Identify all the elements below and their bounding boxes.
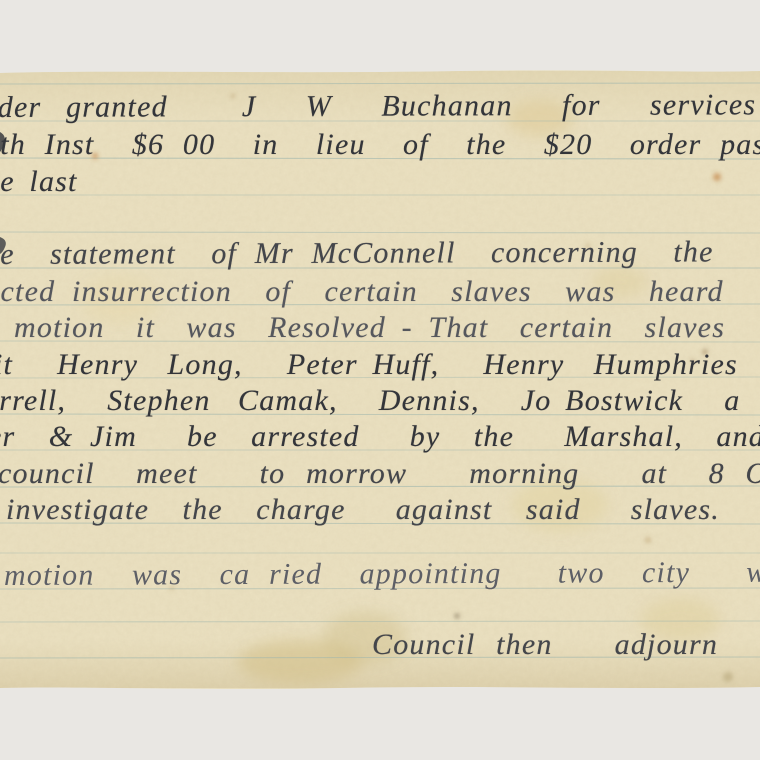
handwritten-line: it Henry Long, Peter Huff, Henry Humphri… (0, 347, 738, 383)
handwritten-line: Council then adjourn (372, 627, 718, 663)
handwritten-line: er & Jim be arrested by the Marshal, and (0, 419, 760, 455)
handwritten-line: rder granted J W Buchanan for services r… (0, 87, 760, 126)
handwritten-line: motion it was Resolved - That certain sl… (14, 310, 725, 346)
handwritten-line: motion was ca ried appointing two city w… (4, 555, 760, 594)
handwritten-line: 5th Inst $6 00 in lieu of the $20 order … (0, 127, 760, 163)
handwriting-layer: rder granted J W Buchanan for services r… (0, 0, 760, 760)
handwritten-line: ected insurrection of certain slaves was… (0, 274, 724, 310)
handwritten-line: orrell, Stephen Camak, Dennis, Jo Bostwi… (0, 383, 740, 419)
handwritten-line: council meet to morrow morning at 8 O c (0, 456, 760, 492)
handwritten-line: ne last (0, 164, 78, 200)
handwritten-line: he statement of Mr McConnell concerning … (0, 234, 714, 273)
scanned-document: rder granted J W Buchanan for services r… (0, 0, 760, 760)
handwritten-line: investigate the charge against said slav… (6, 492, 720, 528)
